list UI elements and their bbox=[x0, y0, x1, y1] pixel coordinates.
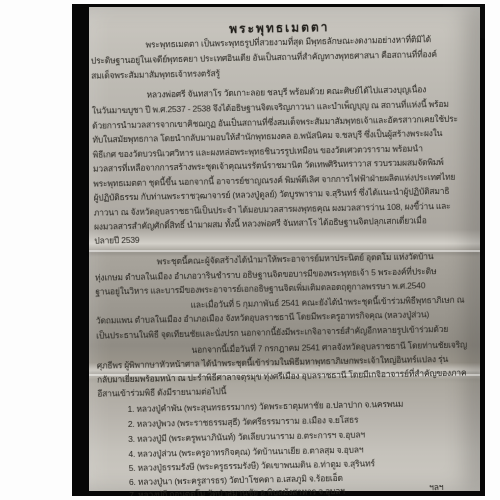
text-line: ฯลฯ bbox=[429, 481, 443, 493]
text-line: พระชุดนี้คณะผู้จัดสร้างได้นำมาให้พระอาจา… bbox=[157, 250, 434, 267]
text-line: 1. หลวงปู่คำพัน (พระสุนทรธรรมากร) วัดพระ… bbox=[127, 398, 403, 415]
text-line: 2. หลวงปู่พวง (พระราชธรรมสุธี) วัดศรีธรร… bbox=[128, 414, 359, 430]
text-line: เป็นประธานในพิธี จุดเทียนชัยและนั่งปรก น… bbox=[96, 323, 448, 342]
text-line: อีสานเข้าร่วมพิธี ดังมีรายนามต่อไปนี้ bbox=[97, 385, 226, 399]
text-line: 3. หลวงปู่มี (พระครูพนาภินันท์) วัดเลียบ… bbox=[128, 428, 365, 445]
text-layer: พระพุทธเมตตา พระพุทธเมตตา เป็นพระพุทธรูป… bbox=[90, 4, 477, 495]
text-line: สมเด็จพระสัมมาสัมพุทธเจ้าทรงตรัสรู้ bbox=[91, 67, 220, 81]
photo-frame: พระพุทธเมตตา พระพุทธเมตตา เป็นพระพุทธรูป… bbox=[72, 4, 485, 496]
text-line: ปลายปี 2539 bbox=[94, 234, 139, 247]
text-line: ประดิษฐานอยู่ในเจดีย์พุทธคยา ประเทศอินเด… bbox=[91, 48, 437, 67]
photo-canvas: พระพุทธเมตตา พระพุทธเมตตา เป็นพระพุทธรูป… bbox=[0, 0, 500, 500]
text-line: หลวงพ่อศรี จันทสาโร วัดเกาะลอย ชลบุรี พร… bbox=[146, 83, 426, 100]
leaflet-paper: พระพุทธเมตตา พระพุทธเมตตา เป็นพระพุทธรูป… bbox=[89, 7, 480, 491]
